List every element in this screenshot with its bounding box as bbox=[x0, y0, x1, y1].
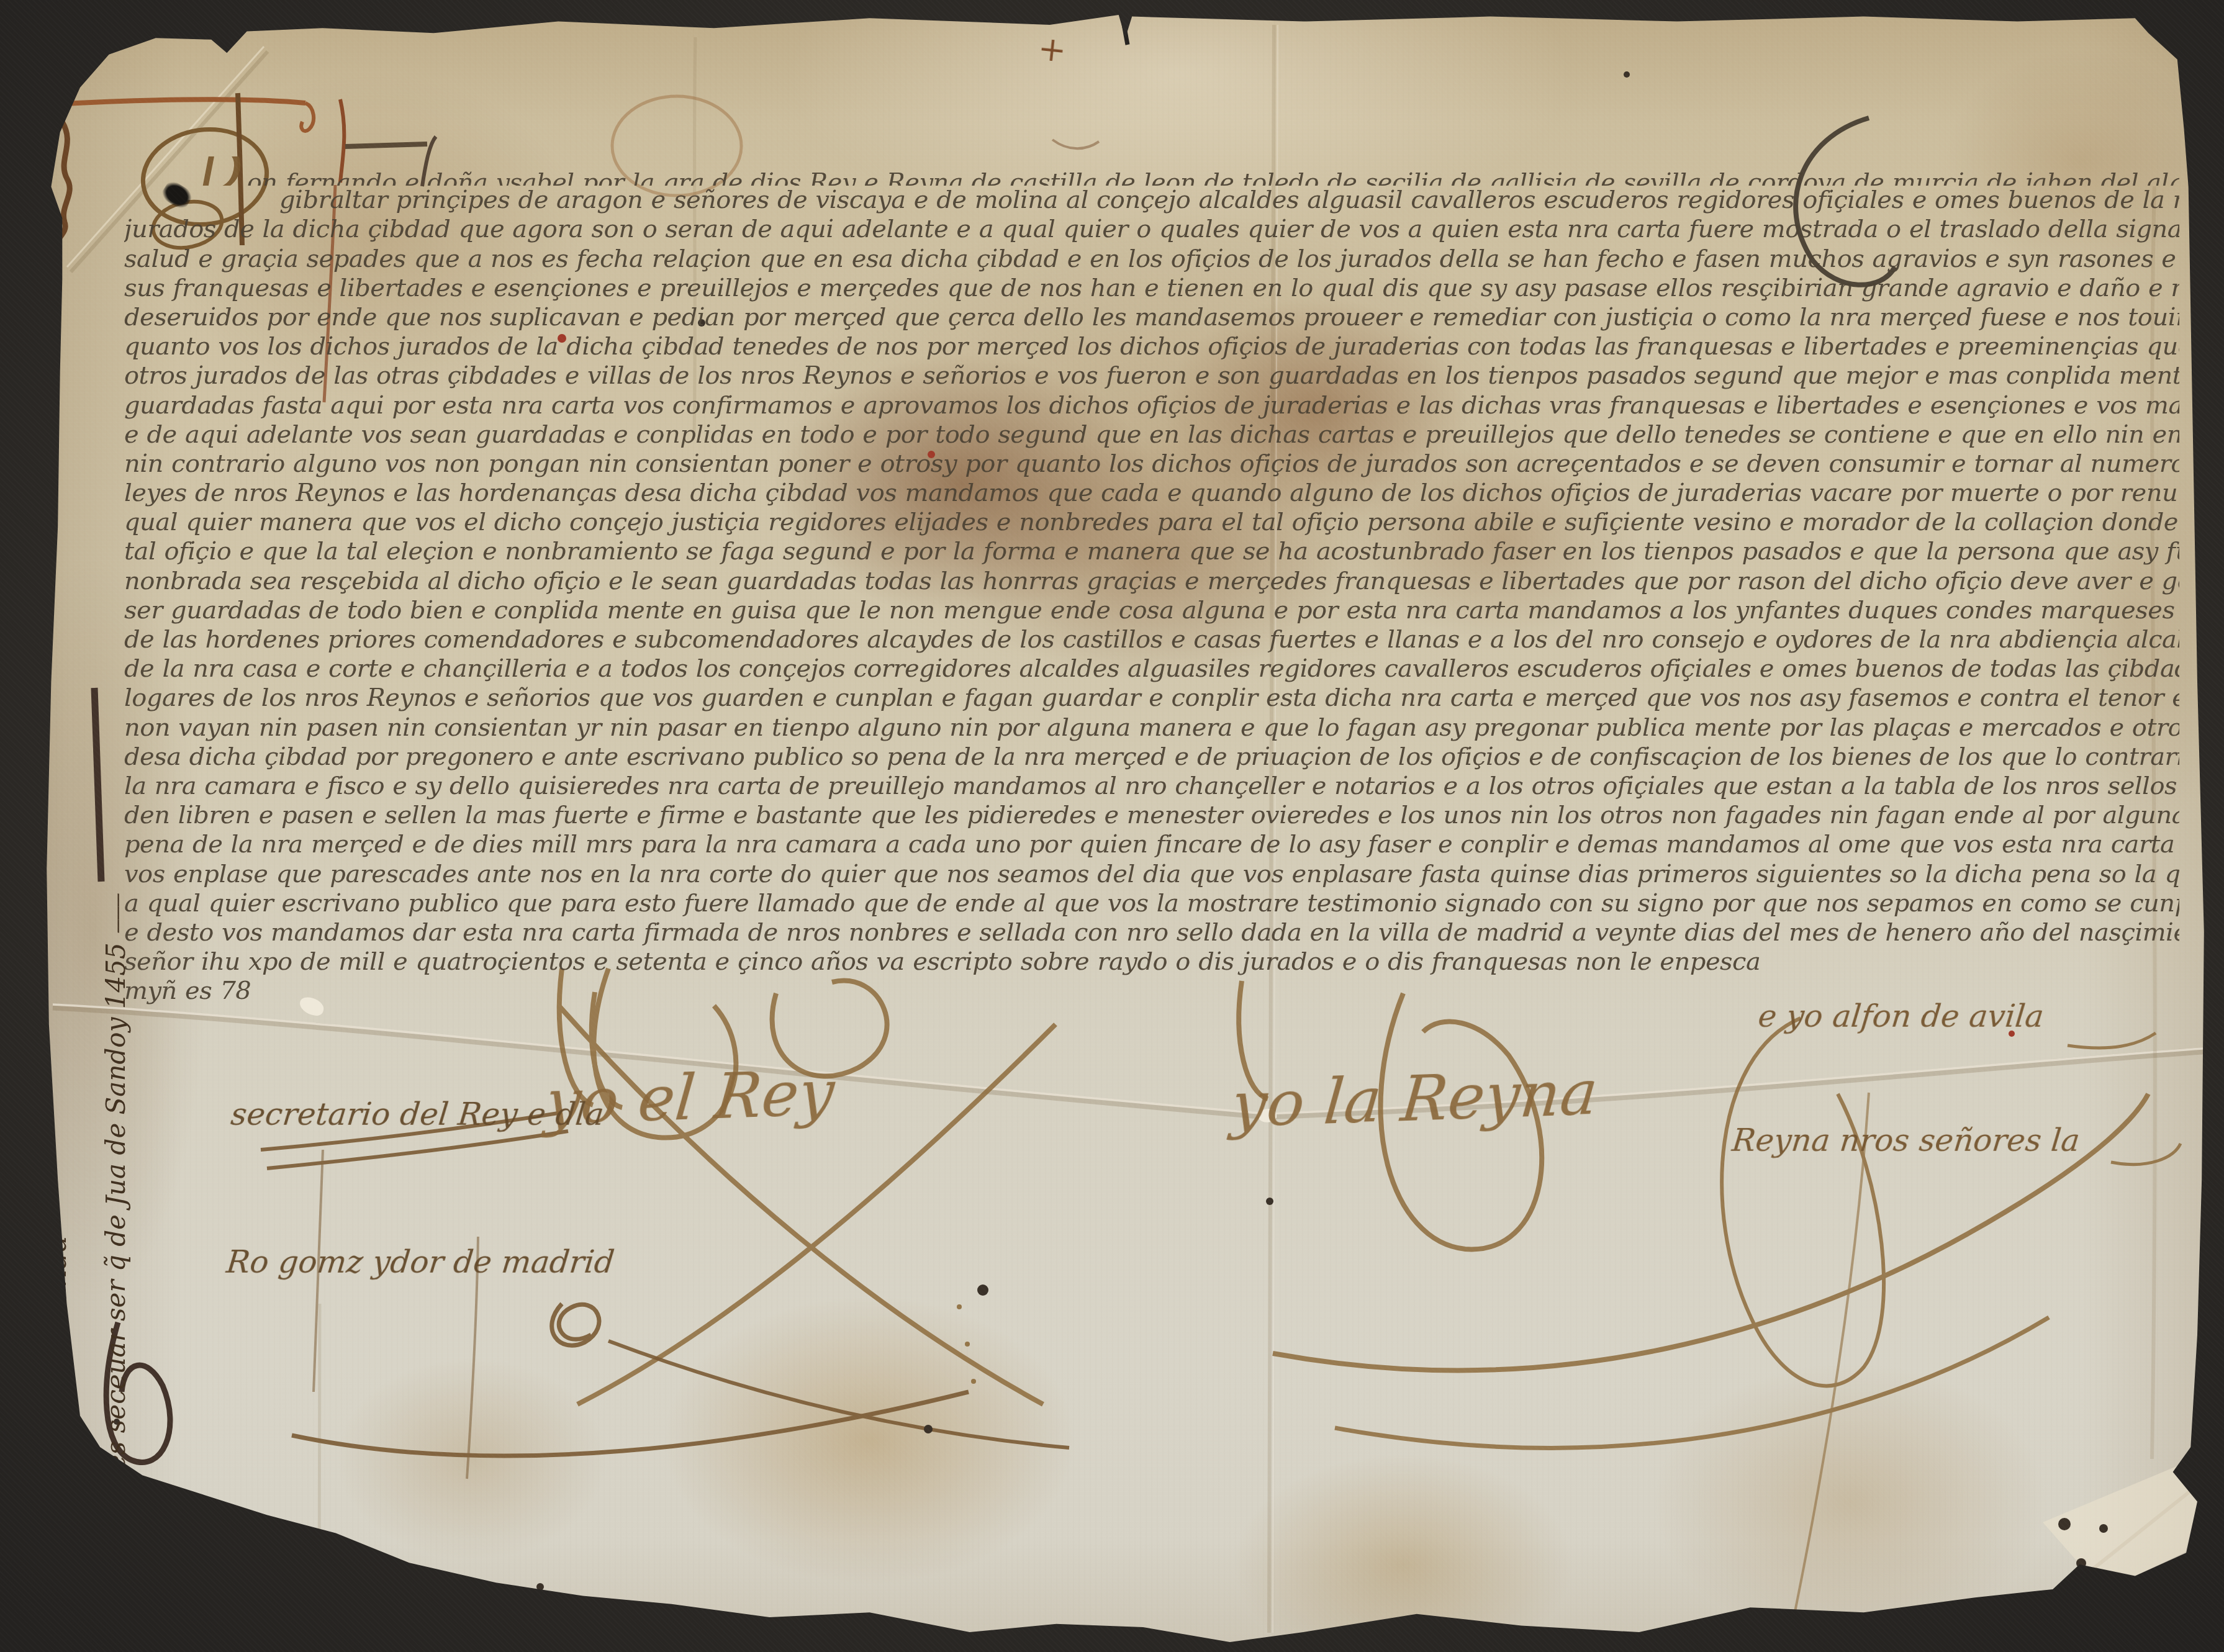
charter-line: señor ihu xpo de mill e quatroçientos e … bbox=[124, 947, 2179, 977]
charter-line: e desto vos mandamos dar esta nra carta … bbox=[124, 918, 2179, 947]
charter-line: de las hordenes priores comendadores e s… bbox=[124, 625, 2179, 654]
signature-yo-la-reyna: yo la Reyna bbox=[1229, 1057, 1601, 1142]
charter-line: e de aqui adelante vos sean guardadas e … bbox=[124, 420, 2179, 449]
secretary-note-reyna-senores: Reyna nros señores la bbox=[1730, 1122, 2082, 1158]
margin-archival-note-outer: M. zrou Jua de Sanda bbox=[41, 801, 73, 1533]
bottom-right-torn-flap bbox=[2043, 1465, 2198, 1576]
left-edge-brace-mark bbox=[55, 122, 70, 247]
charter-line: gibraltar prinçipes de aragon e señores … bbox=[124, 186, 2179, 215]
charter-line: qual quier manera que vos el dicho conçe… bbox=[124, 508, 2179, 537]
charter-line: la nra camara e fisco e sy dello quisier… bbox=[124, 772, 2179, 801]
charter-line: ser guardadas de todo bien e conplida me… bbox=[124, 596, 2179, 625]
photo-backdrop: + Don fernando e doña ysabel por la gra … bbox=[0, 0, 2224, 1652]
registration-note: Ro gomz ydor de madrid bbox=[225, 1244, 616, 1280]
manuscript-page: + Don fernando e doña ysabel por la gra … bbox=[0, 0, 2224, 1652]
secretary-note-left-line1: secretario del Rey e dla bbox=[229, 1096, 606, 1132]
charter-line: desa dicha çibdad por pregonero e ante e… bbox=[124, 742, 2179, 772]
charter-line: vos enplase que parescades ante nos en l… bbox=[124, 860, 2179, 889]
charter-line: pena de la nra merçed e de dies mill mrs… bbox=[124, 830, 2179, 859]
charter-line: guardadas fasta aqui por esta nra carta … bbox=[124, 391, 2179, 420]
charter-text-block: Don fernando e doña ysabel por la gra de… bbox=[124, 156, 2179, 1006]
charter-line: nonbrada sea resçebida al dicho ofiçio e… bbox=[124, 567, 2179, 596]
margin-archival-note-inner: pares seceuar ser q̃ de Jua de Sandoy 14… bbox=[101, 670, 132, 1515]
charter-line: sus franquesas e libertades e esençiones… bbox=[124, 274, 2179, 303]
top-edge-nick bbox=[1123, 17, 1128, 45]
charter-line: tal ofiçio e que la tal eleçion e nonbra… bbox=[124, 537, 2179, 566]
charter-line: nin contrario alguno vos non pongan nin … bbox=[124, 449, 2179, 479]
charter-line: a qual quier escrivano publico que para … bbox=[124, 889, 2179, 918]
charter-line: jurados de la dicha çibdad que agora son… bbox=[124, 215, 2179, 244]
secretary-note-avila: e yo alfon de avila bbox=[1756, 998, 2046, 1034]
charter-line: den libren e pasen e sellen la mas fuert… bbox=[124, 801, 2179, 830]
secretary-rubric-flourishes bbox=[261, 1113, 1069, 1479]
charter-line: deseruidos por ende que nos suplicavan e… bbox=[124, 303, 2179, 332]
charter-line: salud e graçia sepades que a nos es fech… bbox=[124, 245, 2179, 274]
charter-line: de la nra casa e corte e chançilleria e … bbox=[124, 654, 2179, 684]
invocation-cross-mark: + bbox=[1036, 29, 1069, 70]
bottom-left-frayed-edge bbox=[143, 1475, 410, 1589]
charter-line: quanto vos los dichos jurados de la dich… bbox=[124, 332, 2179, 361]
charter-line: Don fernando e doña ysabel por la gra de… bbox=[124, 156, 2179, 186]
charter-line: otros jurados de las otras çibdades e vi… bbox=[124, 361, 2179, 390]
charter-line: logares de los nros Reynos e señorios qu… bbox=[124, 684, 2179, 713]
top-left-bracket-mark bbox=[53, 99, 314, 131]
charter-line: leyes de nros Reynos e las hordenanças d… bbox=[124, 479, 2179, 508]
charter-line: non vayan nin pasen nin consientan yr ni… bbox=[124, 713, 2179, 742]
